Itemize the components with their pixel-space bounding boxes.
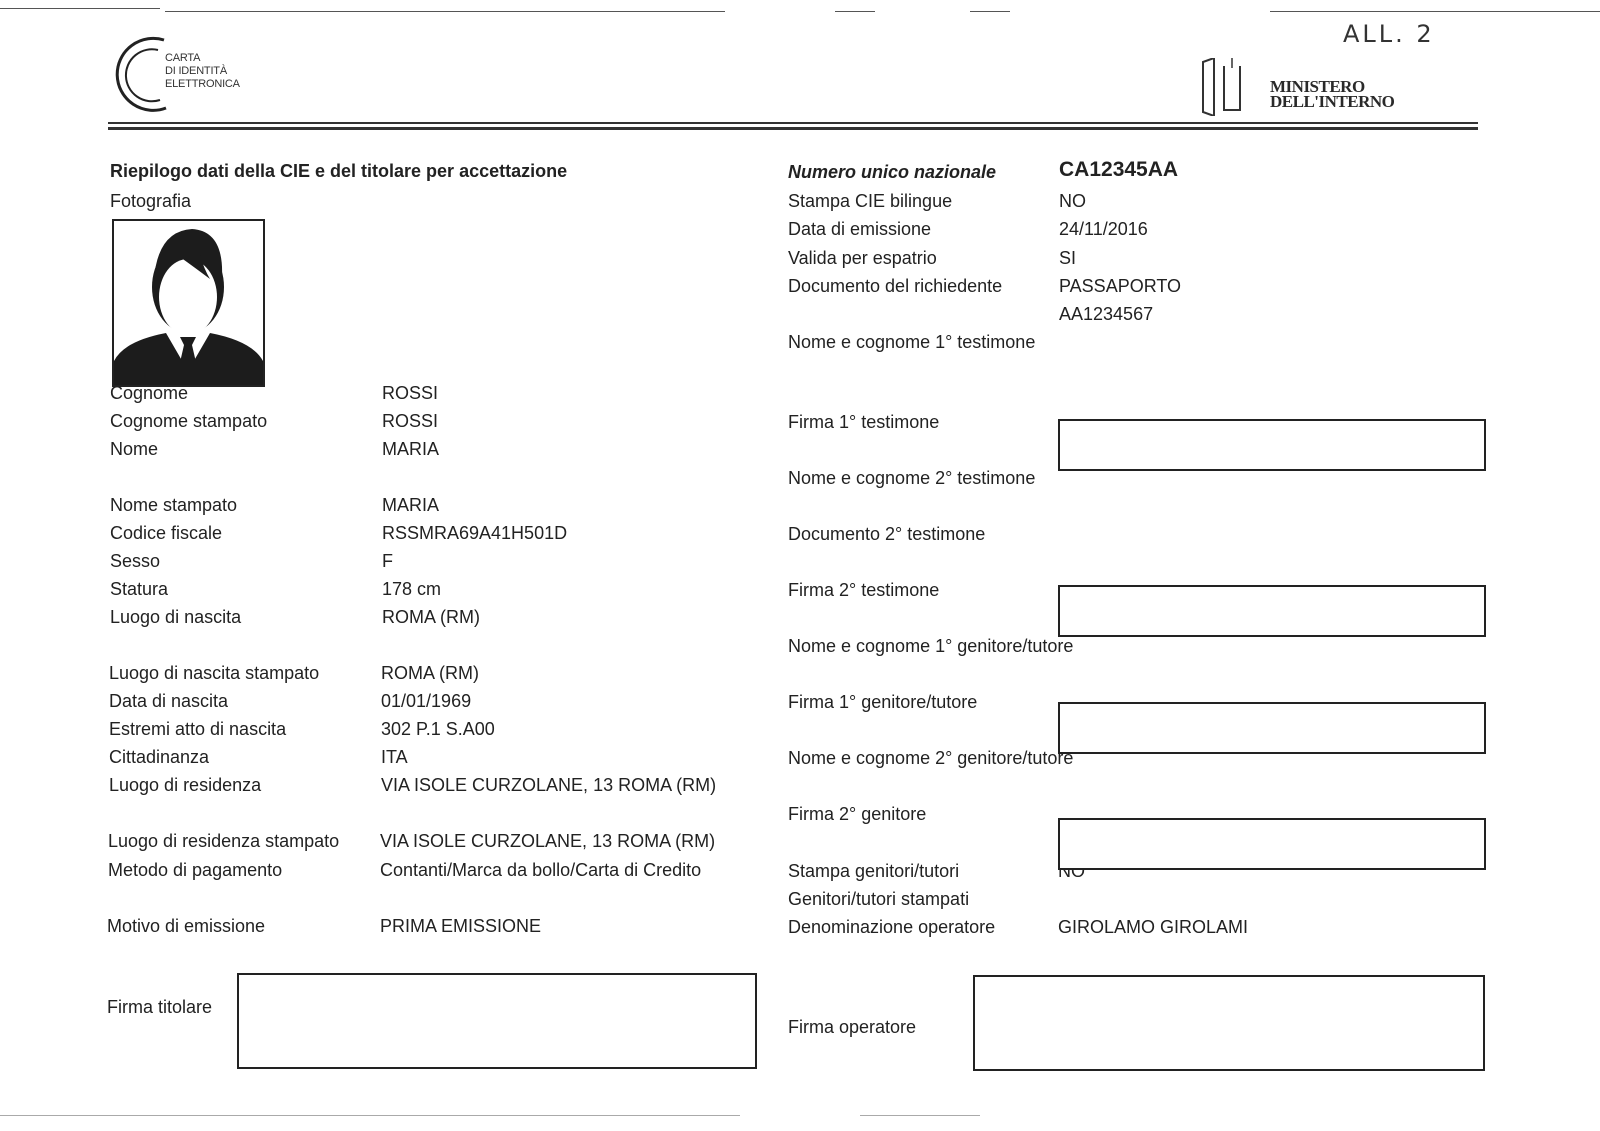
field-label: Documento 2° testimone (788, 523, 985, 545)
field-label: Firma 1° genitore/tutore (788, 691, 977, 713)
field-label: Firma 1° testimone (788, 411, 939, 433)
field-label: Stampa genitori/tutori (788, 860, 959, 882)
signature-operator-label: Firma operatore (788, 1016, 916, 1038)
photo-label: Fotografia (110, 190, 191, 212)
field-value: MARIA (382, 438, 439, 460)
field-label: Codice fiscale (110, 522, 222, 544)
ministry-logo-icon (1200, 58, 1260, 116)
field-value: ROMA (RM) (381, 662, 479, 684)
national-number-value: CA12345AA (1059, 159, 1178, 181)
scan-artifact (0, 1115, 740, 1116)
field-label: Cognome stampato (110, 410, 267, 432)
field-value: ROMA (RM) (382, 606, 480, 628)
field-value: ROSSI (382, 382, 438, 404)
field-label: Valida per espatrio (788, 247, 937, 269)
field-label: Nome (110, 438, 158, 460)
field-value: Contanti/Marca da bollo/Carta di Credito (380, 859, 701, 881)
annotation-all2: ALL. 2 (1343, 20, 1435, 48)
field-value: PASSAPORTO (1059, 275, 1181, 297)
scan-artifact (1270, 11, 1600, 12)
cie-logo-line: DI IDENTITÀ (165, 65, 240, 78)
field-label: Luogo di nascita stampato (109, 662, 319, 684)
field-label: Documento del richiedente (788, 275, 1002, 297)
cie-logo-text: CARTA DI IDENTITÀ ELETTRONICA (165, 52, 240, 91)
field-value: ROSSI (382, 410, 438, 432)
field-label: Luogo di nascita (110, 606, 241, 628)
field-label: Cognome (110, 382, 188, 404)
field-label: Genitori/tutori stampati (788, 888, 969, 910)
ministry-logo-text: MINISTERO DELL'INTERNO (1270, 79, 1394, 109)
scan-artifact (860, 1115, 980, 1116)
signature-operator-box[interactable] (973, 975, 1485, 1071)
field-label: Cittadinanza (109, 746, 209, 768)
field-label: Estremi atto di nascita (109, 718, 286, 740)
person-silhouette-icon (114, 221, 263, 385)
signature-holder-label: Firma titolare (107, 996, 212, 1018)
holder-photo (112, 219, 265, 387)
signature-witness-2-box[interactable] (1058, 585, 1486, 637)
cie-logo-line: ELETTRONICA (165, 78, 240, 91)
field-label: Nome e cognome 2° testimone (788, 467, 1035, 489)
field-label: Data di nascita (109, 690, 228, 712)
header-rule (108, 127, 1478, 130)
field-label: Nome e cognome 2° genitore/tutore (788, 747, 1073, 769)
field-label: Sesso (110, 550, 160, 572)
field-label: Firma 2° testimone (788, 579, 939, 601)
page-title: Riepilogo dati della CIE e del titolare … (110, 160, 567, 182)
signature-guardian-1-box[interactable] (1058, 702, 1486, 754)
field-value: VIA ISOLE CURZOLANE, 13 ROMA (RM) (380, 830, 715, 852)
field-value: RSSMRA69A41H501D (382, 522, 567, 544)
field-value: 302 P.1 S.A00 (381, 718, 495, 740)
field-label: Nome e cognome 1° genitore/tutore (788, 635, 1073, 657)
scan-artifact (0, 8, 160, 9)
field-label: Denominazione operatore (788, 916, 995, 938)
header-rule (108, 122, 1478, 124)
field-value: AA1234567 (1059, 303, 1153, 325)
signature-witness-1-box[interactable] (1058, 419, 1486, 471)
field-value: NO (1059, 190, 1086, 212)
field-label: Statura (110, 578, 168, 600)
national-number-label: Numero unico nazionale (788, 161, 996, 183)
cie-logo-line: CARTA (165, 52, 240, 65)
signature-holder-box[interactable] (237, 973, 757, 1069)
field-label: Luogo di residenza stampato (108, 830, 339, 852)
field-value: PRIMA EMISSIONE (380, 915, 541, 937)
ministry-line: DELL'INTERNO (1270, 94, 1394, 109)
field-value: 01/01/1969 (381, 690, 471, 712)
field-label: Firma 2° genitore (788, 803, 926, 825)
signature-guardian-2-box[interactable] (1058, 818, 1486, 870)
field-value: GIROLAMO GIROLAMI (1058, 916, 1248, 938)
field-value: ITA (381, 746, 408, 768)
field-label: Nome stampato (110, 494, 237, 516)
scan-artifact (165, 11, 725, 12)
field-label: Nome e cognome 1° testimone (788, 331, 1035, 353)
field-label: Motivo di emissione (107, 915, 265, 937)
field-value: 178 cm (382, 578, 441, 600)
field-value: SI (1059, 247, 1076, 269)
scan-artifact (970, 11, 1010, 12)
field-value: 24/11/2016 (1059, 218, 1148, 240)
field-label: Luogo di residenza (109, 774, 261, 796)
field-label: Stampa CIE bilingue (788, 190, 952, 212)
scan-artifact (835, 11, 875, 12)
field-value: F (382, 550, 393, 572)
field-value: MARIA (382, 494, 439, 516)
field-label: Data di emissione (788, 218, 931, 240)
field-value: VIA ISOLE CURZOLANE, 13 ROMA (RM) (381, 774, 716, 796)
field-label: Metodo di pagamento (108, 859, 282, 881)
